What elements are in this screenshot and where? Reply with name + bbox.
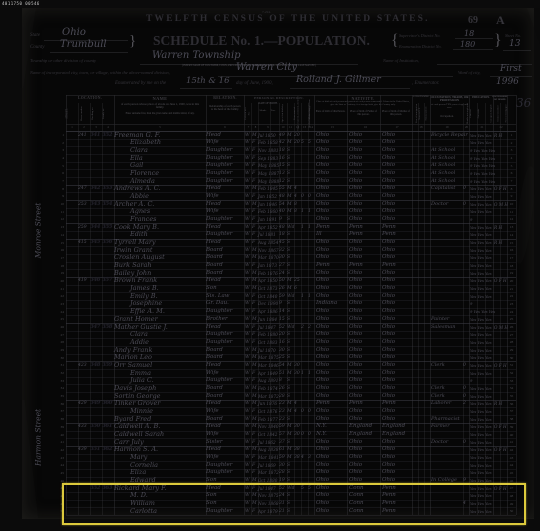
enumerated-days-rule — [180, 88, 232, 89]
scan-border-right — [534, 0, 540, 531]
header-nativity-caption: Place of birth of each person and parent… — [316, 101, 410, 107]
row-number-left: 22 — [57, 294, 64, 298]
row-number-left: 4 — [57, 156, 64, 160]
row-number-left: 43 — [57, 456, 64, 460]
column-number: 16 — [349, 125, 382, 129]
row-number-right: 3 — [507, 148, 516, 152]
enumerator-value: Rolland J. Gillmer — [296, 74, 381, 85]
row-number-left: 42 — [57, 448, 64, 452]
row-number-right: 20 — [507, 279, 516, 283]
township-value: Warren Township — [152, 50, 241, 61]
row-number-left: 8 — [57, 187, 64, 191]
scan-border-top — [0, 0, 540, 8]
row-number-left: 45 — [57, 471, 64, 475]
row-number-left: 46 — [57, 479, 64, 483]
row-number-right: 28 — [507, 340, 516, 344]
margin-mark-1996: 1996 — [496, 77, 519, 87]
row-number-right: 4 — [507, 156, 516, 160]
column-number: 6 — [206, 125, 244, 129]
scan-border-left — [0, 0, 22, 531]
column-number: 18 — [412, 125, 430, 129]
header-nativity-father: Place of birth of Father of this person. — [348, 111, 379, 117]
row-number-right: 10 — [507, 202, 516, 206]
row-number-right: 39 — [507, 425, 516, 429]
street-label-2: Harmon Street — [34, 407, 43, 469]
row-number-left: 19 — [57, 271, 64, 275]
row-number-left: 16 — [57, 248, 64, 252]
row-number-left: 12 — [57, 217, 64, 221]
row-number-left: 39 — [57, 425, 64, 429]
sheet-value: 13 — [509, 39, 520, 49]
header-occupation: OCCUPATION, TRADE, OR PROFESSION — [430, 96, 469, 103]
row-number-right: 27 — [507, 333, 516, 337]
header-location: LOCATION. — [66, 96, 114, 100]
row-number-right: 19 — [507, 271, 516, 275]
row-number-left: 9 — [57, 194, 64, 198]
row-number-left: 21 — [57, 287, 64, 291]
district-brace-left: { — [391, 32, 399, 50]
row-number-right: 15 — [507, 241, 516, 245]
row-number-left: 38 — [57, 417, 64, 421]
county-value: Trumbull — [60, 39, 107, 50]
row-number-right: 17 — [507, 256, 516, 260]
row-number-right: 8 — [507, 187, 516, 191]
row-number-right: 31 — [507, 363, 516, 367]
row-number-right: 1 — [507, 133, 516, 137]
sheet-label: Sheet No. — [505, 33, 521, 38]
column-number: 15 — [316, 125, 349, 129]
row-number-right: 5 — [507, 164, 516, 168]
row-number-right: 23 — [507, 302, 516, 306]
header-speak-english: Can speak English — [489, 105, 492, 123]
header-personal: PERSONAL DESCRIPTION. — [244, 96, 314, 100]
row-number-right: 21 — [507, 287, 516, 291]
row-number-left: 1 — [57, 133, 64, 137]
sheet-rule — [503, 50, 531, 51]
header-relation-caption: Relationship of each person to the head … — [208, 105, 242, 111]
county-rule — [50, 52, 128, 53]
enumerated-label-2: day of June, 1900, — [236, 81, 273, 86]
row-number-left: 10 — [57, 202, 64, 206]
header-dob-month: Month. — [258, 110, 268, 113]
row-number-left: 31 — [57, 363, 64, 367]
enumerated-days: 15th & 16 — [186, 76, 230, 86]
column-number: 12 — [294, 125, 301, 129]
row-number-left: 17 — [57, 256, 64, 260]
row-number-left: 26 — [57, 325, 64, 329]
row-number-left: 2 — [57, 141, 64, 145]
column-number: 11 — [287, 125, 294, 129]
street-label-1: Monroe Street — [34, 201, 43, 261]
row-number-right: 30 — [507, 356, 516, 360]
schedule-title: SCHEDULE No. 1.—POPULATION. — [153, 33, 370, 49]
enumeration-rule — [453, 49, 493, 50]
header-age: Age at last birthday — [281, 104, 284, 123]
row-number-right: 37 — [507, 409, 516, 413]
census-scan: 4011750 00546 7-224. TWELFTH CENSUS OF T… — [0, 0, 540, 531]
header-house-number: House number — [80, 106, 83, 121]
row-number-left: 7 — [57, 179, 64, 183]
header-name-caption: of each person whose place of abode on J… — [118, 103, 202, 110]
header-relation: RELATION. — [206, 96, 244, 100]
row-number-right: 25 — [507, 317, 516, 321]
city-label: Name of incorporated city, town, or vill… — [30, 70, 170, 75]
row-number-right: 40 — [507, 433, 516, 437]
column-number: 5 — [114, 125, 206, 129]
column-number: 9 — [258, 125, 278, 129]
row-number-left: 23 — [57, 302, 64, 306]
header-name: NAME — [114, 96, 206, 101]
row-number-left: 11 — [57, 210, 64, 214]
row-number-right: 38 — [507, 417, 516, 421]
supervisor-value: 18 — [464, 29, 474, 38]
enumerator-rule — [290, 88, 410, 89]
district-brace-right: } — [494, 32, 502, 50]
column-number: 13 — [301, 125, 308, 129]
row-number-right: 36 — [507, 402, 516, 406]
row-number-right: 2 — [507, 141, 516, 145]
header-sex: Sex — [247, 112, 250, 116]
row-number-right: 11 — [507, 210, 516, 214]
supervisor-rule — [455, 38, 493, 39]
enumeration-label: Enumeration District No. — [399, 44, 442, 49]
column-number: 3 — [90, 125, 102, 129]
row-number-right: 45 — [507, 471, 516, 475]
supervisor-label: Supervisor's District No. — [399, 33, 441, 38]
row-number-left: 14 — [57, 233, 64, 237]
row-number-right: 24 — [507, 310, 516, 314]
row-number-left: 33 — [57, 379, 64, 383]
county-label: County — [30, 45, 44, 50]
row-number-right: 42 — [507, 448, 516, 452]
scan-id-text: 4011750 00546 — [2, 1, 40, 6]
column-number: 1 — [66, 125, 78, 129]
row-number-right: 14 — [507, 233, 516, 237]
column-number: 22 — [494, 125, 508, 129]
header-dob: DATE OF BIRTH. — [258, 103, 278, 106]
header-education: EDUCATION. — [469, 96, 493, 99]
page-number: 69 — [468, 15, 478, 26]
row-number-right: 34 — [507, 386, 516, 390]
row-number-left: 6 — [57, 171, 64, 175]
row-number-left: 35 — [57, 394, 64, 398]
header-nativity-mother: Place of birth of Mother of this person. — [381, 111, 411, 117]
row-number-left: 34 — [57, 386, 64, 390]
row-number-right: 43 — [507, 456, 516, 460]
row-number-left: 18 — [57, 264, 64, 268]
row-number-left: 15 — [57, 241, 64, 245]
row-number-right: 12 — [507, 217, 516, 221]
row-number-right: 35 — [507, 394, 516, 398]
row-number-left: 40 — [57, 433, 64, 437]
row-number-right: 46 — [507, 479, 516, 483]
ward-label: Ward of city, — [458, 70, 481, 75]
enumerated-label-3: , Enumerator. — [412, 81, 439, 86]
header-dwelling-number: Dwelling no. — [91, 107, 94, 120]
row-number-left: 29 — [57, 348, 64, 352]
row-number-right: 22 — [507, 294, 516, 298]
header-ownership: OWNERSHIP OF HOME. — [492, 96, 508, 102]
enumeration-value: 180 — [460, 40, 475, 49]
row-number-left: 27 — [57, 333, 64, 337]
column-number: 14 — [308, 125, 315, 129]
column-number: 7 — [245, 125, 252, 129]
row-number-left: 44 — [57, 463, 64, 467]
column-number: 20 — [463, 125, 470, 129]
header-name-caption2: Enter surname first, then the given name… — [120, 113, 200, 116]
state-label: State — [30, 33, 40, 38]
state-brace: } — [129, 33, 136, 50]
column-number: 21 — [470, 125, 494, 129]
row-number-left: 30 — [57, 356, 64, 360]
row-number-right: 32 — [507, 371, 516, 375]
row-number-right: 44 — [507, 463, 516, 467]
margin-mark-36: 36 — [516, 96, 531, 110]
city-value: Warren City — [236, 62, 297, 73]
column-number: 2 — [78, 125, 90, 129]
page-letter: A — [496, 13, 505, 28]
column-number: 17 — [382, 125, 412, 129]
row-number-left: 3 — [57, 148, 64, 152]
column-number: 19 — [431, 125, 463, 129]
row-number-right: 6 — [507, 171, 516, 175]
row-number-right: 16 — [507, 248, 516, 252]
row-number-left: 25 — [57, 317, 64, 321]
row-number-left: 20 — [57, 279, 64, 283]
row-number-left: 32 — [57, 371, 64, 375]
table-vline — [516, 95, 517, 515]
row-number-left: 37 — [57, 409, 64, 413]
row-number-right: 29 — [507, 348, 516, 352]
row-number-right: 7 — [507, 179, 516, 183]
row-number-left: 36 — [57, 402, 64, 406]
census-title: TWELFTH CENSUS OF THE UNITED STATES. — [146, 14, 430, 24]
row-number-right: 26 — [507, 325, 516, 329]
row-number-right: 18 — [507, 264, 516, 268]
highlight-box — [62, 483, 526, 525]
enumerated-label-1: Enumerated by me on the — [115, 81, 166, 86]
row-number-left: 5 — [57, 164, 64, 168]
row-number-left: 41 — [57, 440, 64, 444]
institution-label: Name of Institution, — [383, 58, 419, 63]
table-hline — [66, 95, 516, 96]
row-number-left: 13 — [57, 225, 64, 229]
header-nativity-person: Place of birth of this Person. — [315, 111, 346, 114]
row-number-left: 28 — [57, 340, 64, 344]
township-label: Township or other division of county — [30, 58, 96, 63]
column-number: 10 — [279, 125, 287, 129]
row-number-right: 33 — [507, 379, 516, 383]
ward-value: First — [500, 64, 522, 74]
row-number-left: 24 — [57, 310, 64, 314]
column-number: 4 — [102, 125, 114, 129]
row-number-right: 41 — [507, 440, 516, 444]
state-value: Ohio — [62, 27, 86, 38]
header-occupation-col: Occupation. — [433, 115, 461, 118]
row-number-right: 13 — [507, 225, 516, 229]
row-number-right: 9 — [507, 194, 516, 198]
